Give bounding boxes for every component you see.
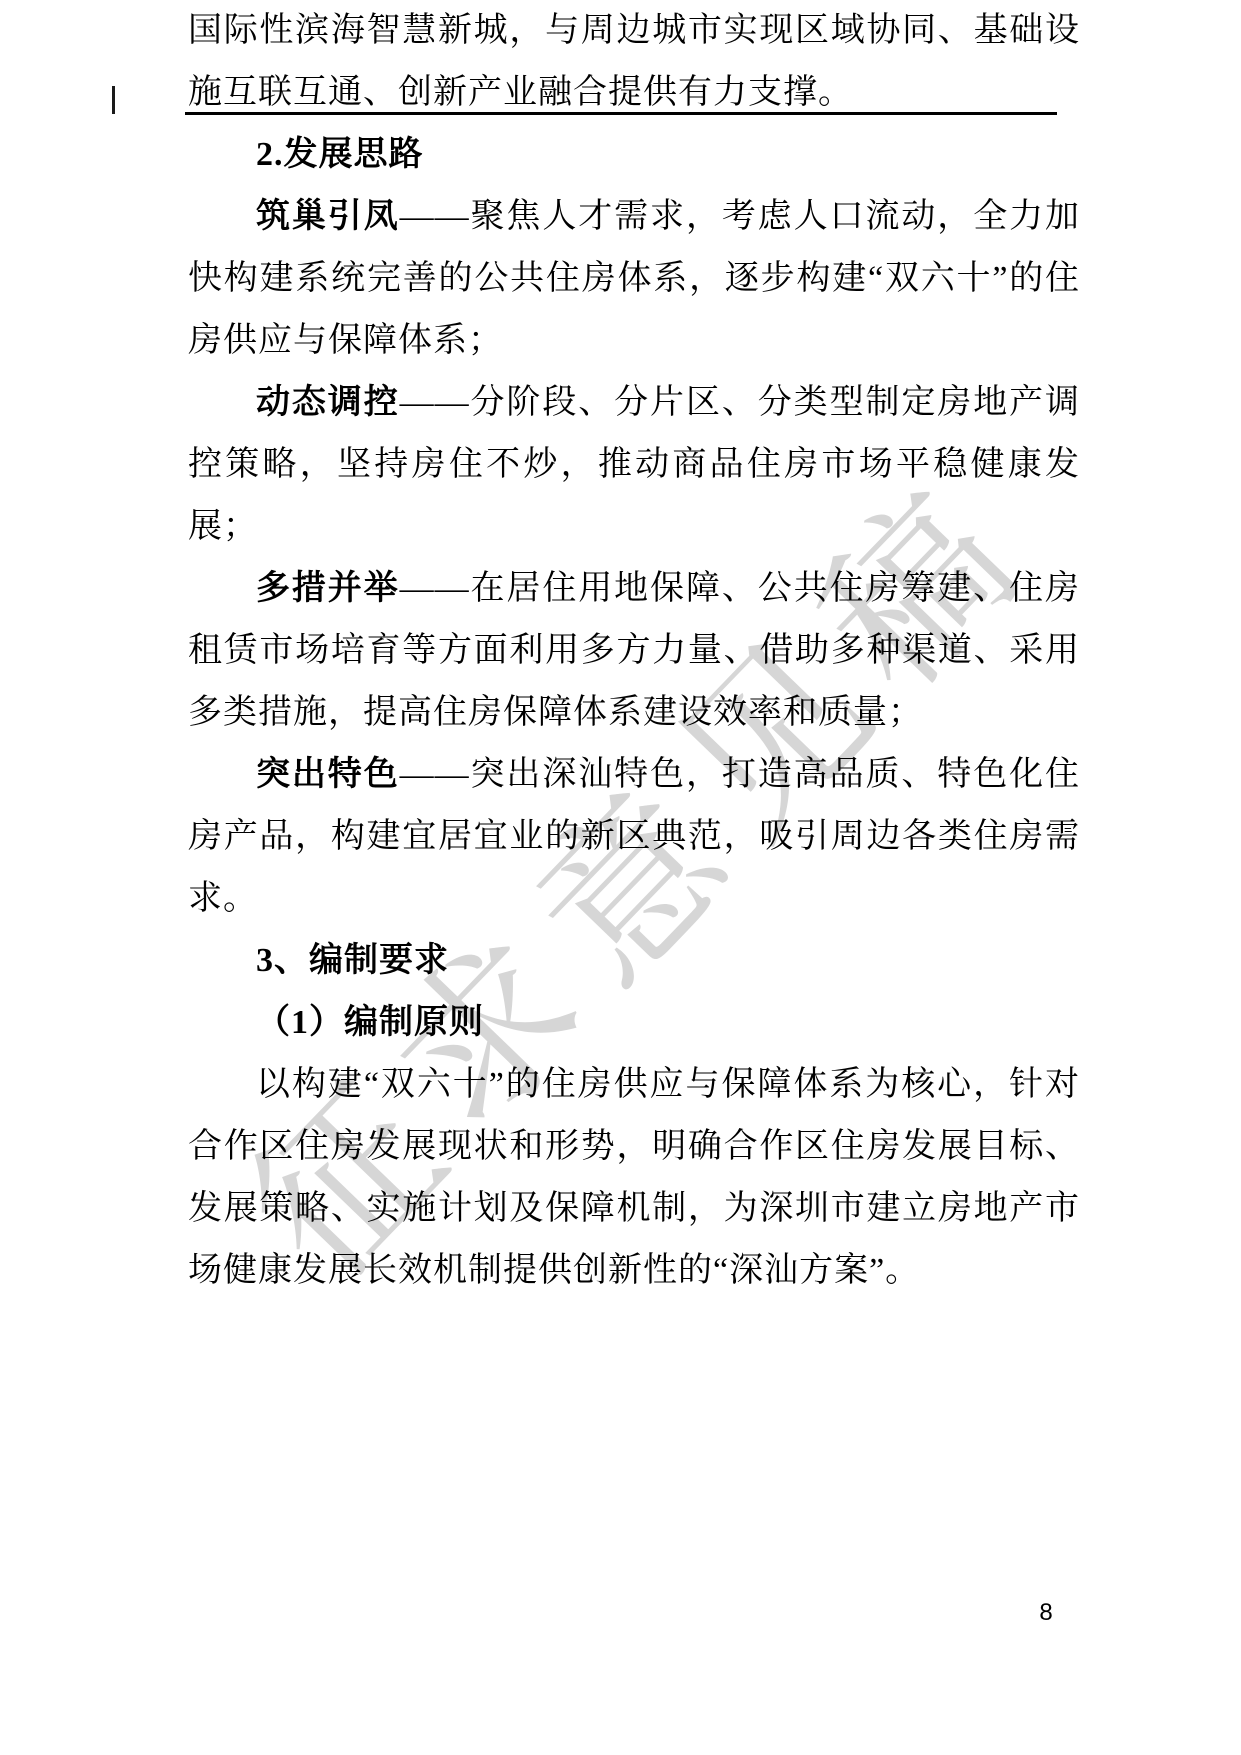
document-page: 征求意见稿 国际性滨海智慧新城，与周边城市实现区域协同、基础设施互联互通、创新产… [0, 0, 1241, 1755]
paragraph-overflow-from-previous-page: 国际性滨海智慧新城，与周边城市实现区域协同、基础设施互联互通、创新产业融合提供有… [188, 0, 1080, 124]
subsection-heading-compilation-principles: （1）编制原则 [188, 992, 1080, 1054]
paragraph-zhuchaoyinfeng: 筑巢引凤——聚焦人才需求，考虑人口流动，全力加快构建系统完善的公共住房体系，逐步… [188, 186, 1080, 372]
paragraph-lead-label: 动态调控 [256, 384, 400, 421]
paragraph-lead-label: 多措并举 [256, 570, 400, 607]
section-heading-compilation-requirements: 3、编制要求 [188, 930, 1080, 992]
section-heading-development-ideas: 2.发展思路 [188, 124, 1080, 186]
paragraph-duocuobingju: 多措并举——在居住用地保障、公共住房筹建、住房租赁市场培育等方面利用多方力量、借… [188, 558, 1080, 744]
paragraph-lead-label: 筑巢引凤 [256, 198, 400, 235]
paragraph-tuchutese: 突出特色——突出深汕特色，打造高品质、特色化住房产品，构建宜居宜业的新区典范，吸… [188, 744, 1080, 930]
paragraph-compilation-principles-body: 以构建“双六十”的住房供应与保障体系为核心，针对合作区住房发展现状和形势，明确合… [188, 1054, 1080, 1302]
revision-change-bar [112, 86, 115, 114]
paragraph-lead-label: 突出特色 [256, 756, 400, 793]
page-number: 8 [1026, 1598, 1066, 1628]
document-body: 国际性滨海智慧新城，与周边城市实现区域协同、基础设施互联互通、创新产业融合提供有… [188, 0, 1080, 1302]
paragraph-dongtaitiaokong: 动态调控——分阶段、分片区、分类型制定房地产调控策略，坚持房住不炒，推动商品住房… [188, 372, 1080, 558]
